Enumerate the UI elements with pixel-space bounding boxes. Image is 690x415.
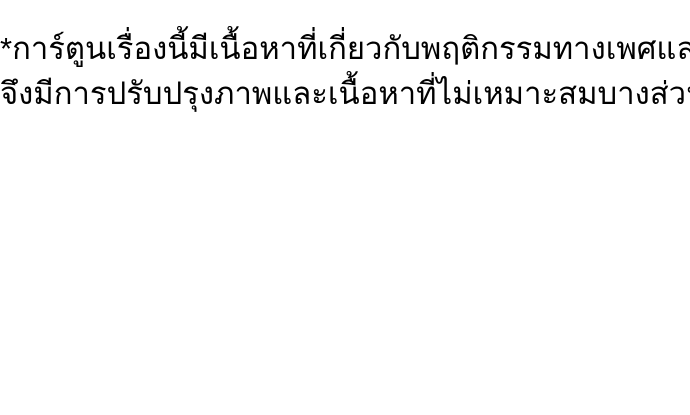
content-warning-line-1: *การ์ตูนเรื่องนี้มีเนื้อหาที่เกี่ยวกับพฤ… xyxy=(0,26,690,71)
blank-white-area xyxy=(0,116,690,406)
content-warning-notice: *การ์ตูนเรื่องนี้มีเนื้อหาที่เกี่ยวกับพฤ… xyxy=(0,0,690,116)
content-warning-line-2: จึงมีการปรับปรุงภาพและเนื้อหาที่ไม่เหมาะ… xyxy=(0,71,690,116)
